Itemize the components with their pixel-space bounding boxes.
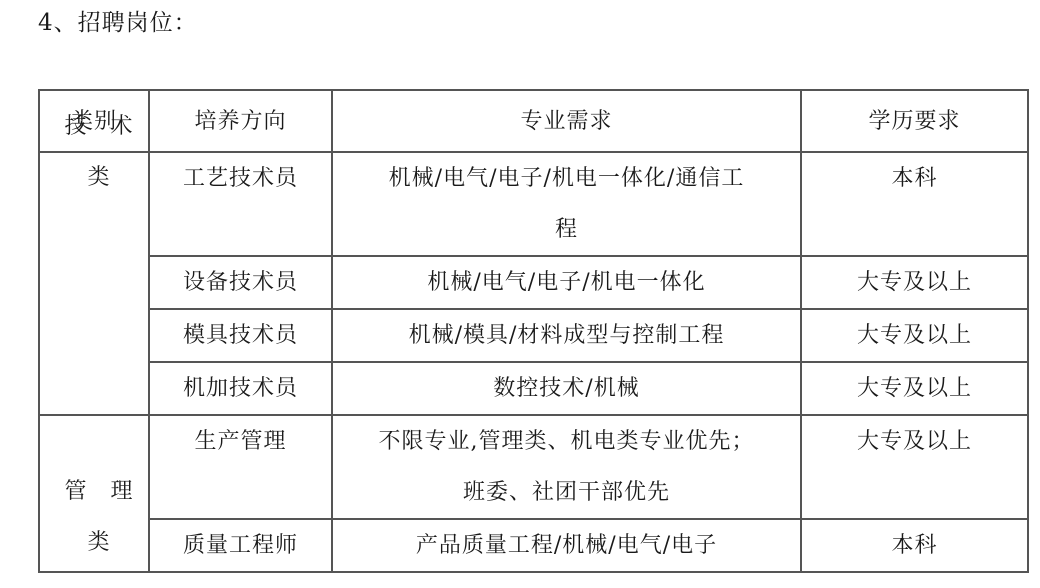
category-technical: 技 术 类 [39,152,149,415]
table-row: 管 理 类 生产管理 不限专业,管理类、机电类专业优先； 班委、社团干部优先 大… [39,415,1028,519]
education-cell: 大专及以上 [801,309,1028,362]
education-cell: 本科 [801,519,1028,572]
table-row: 设备技术员 机械/电气/电子/机电一体化 大专及以上 [39,256,1028,309]
table-row: 机加技术员 数控技术/机械 大专及以上 [39,362,1028,415]
education-cell: 本科 [801,152,1028,256]
major-line: 班委、社团干部优先 [333,467,800,518]
education-cell: 大专及以上 [801,256,1028,309]
direction-cell: 设备技术员 [149,256,332,309]
category-management: 管 理 类 [39,415,149,572]
table-row: 技 术 类 工艺技术员 机械/电气/电子/机电一体化/通信工 程 本科 [39,152,1028,256]
header-major: 专业需求 [332,90,801,152]
category-line: 管 理 [50,466,148,517]
table-row: 质量工程师 产品质量工程/机械/电气/电子 本科 [39,519,1028,572]
section-heading: 4、招聘岗位： [38,6,198,40]
direction-cell: 质量工程师 [149,519,332,572]
major-cell: 机械/模具/材料成型与控制工程 [332,309,801,362]
major-line: 程 [333,204,800,255]
education-cell: 大专及以上 [801,415,1028,519]
major-cell: 机械/电气/电子/机电一体化 [332,256,801,309]
table-row: 模具技术员 机械/模具/材料成型与控制工程 大专及以上 [39,309,1028,362]
direction-cell: 模具技术员 [149,309,332,362]
direction-cell: 生产管理 [149,415,332,519]
major-cell: 产品质量工程/机械/电气/电子 [332,519,801,572]
major-line: 不限专业,管理类、机电类专业优先； [333,416,800,467]
major-line: 机械/电气/电子/机电一体化/通信工 [333,153,800,204]
major-cell: 机械/电气/电子/机电一体化/通信工 程 [332,152,801,256]
direction-cell: 机加技术员 [149,362,332,415]
direction-cell: 工艺技术员 [149,152,332,256]
recruitment-positions-table: 类别 培养方向 专业需求 学历要求 技 术 类 工艺技术员 机械/电气/电子/机… [38,89,1029,573]
education-cell: 大专及以上 [801,362,1028,415]
category-line: 技 术 [50,101,148,152]
major-cell: 数控技术/机械 [332,362,801,415]
header-education: 学历要求 [801,90,1028,152]
major-cell: 不限专业,管理类、机电类专业优先； 班委、社团干部优先 [332,415,801,519]
category-line: 类 [50,517,148,568]
header-direction: 培养方向 [149,90,332,152]
category-line: 类 [50,152,148,203]
table-header-row: 类别 培养方向 专业需求 学历要求 [39,90,1028,152]
